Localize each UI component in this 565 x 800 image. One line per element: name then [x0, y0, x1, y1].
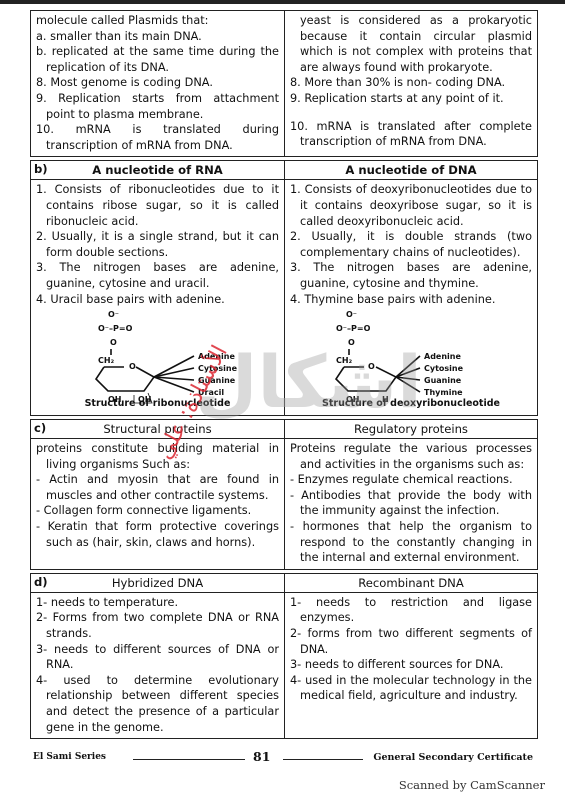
- text-line: a. smaller than its main DNA.: [36, 29, 279, 45]
- footer-rule: [283, 759, 363, 760]
- top-border: [0, 0, 565, 4]
- text-line: 4. Thymine base pairs with adenine.: [290, 292, 532, 308]
- text-line: - hormones that help the organism to res…: [290, 519, 532, 566]
- regulatory-proteins-column: Proteins regulate the various processes …: [284, 439, 537, 569]
- header-title: Recombinant DNA: [358, 576, 464, 590]
- text-line: - Enzymes regulate chemical reactions.: [290, 472, 532, 488]
- text-line: 8. Most genome is coding DNA.: [36, 75, 279, 91]
- series-name: El Sami Series: [33, 752, 106, 762]
- recombinant-dna-column: 1- needs to restriction and ligase enzym…: [284, 593, 537, 738]
- text-line: 10. mRNA is translated after complete tr…: [290, 119, 532, 150]
- table-header: b) A nucleotide of RNA A nucleotide of D…: [31, 161, 537, 180]
- base-label: Adenine: [198, 352, 235, 361]
- header-title: Structural proteins: [103, 422, 211, 436]
- footer-rule: [133, 759, 245, 760]
- text-line: 3. The nitrogen bases are adenine, guani…: [36, 260, 279, 291]
- text-line: 3- needs to different sources for DNA.: [290, 657, 532, 673]
- text-line: - Keratin that form protective coverings…: [36, 519, 279, 550]
- table-header: c) Structural proteins Regulatory protei…: [31, 420, 537, 439]
- section-tag: d): [34, 574, 48, 590]
- text-line: 2. Usually, it is a single strand, but i…: [36, 229, 279, 260]
- text-line: 1. Consists of ribonucleotides due to it…: [36, 182, 279, 229]
- o-bottom-label: O: [348, 338, 355, 347]
- page-footer: El Sami Series 81 General Secondary Cert…: [33, 752, 533, 768]
- section-tag: b): [34, 161, 48, 177]
- ribonucleotide-structure: O⁻ O⁻–P=O O CH₂ O OH OH Adenine Cytosine…: [36, 307, 279, 412]
- scanner-watermark: Scanned by CamScanner: [399, 778, 545, 792]
- o-minus-label: O⁻: [108, 310, 119, 319]
- structural-proteins-column: proteins constitute building material in…: [31, 439, 284, 569]
- text-line: - Antibodies that provide the body with …: [290, 488, 532, 519]
- text-line: molecule called Plasmids that:: [36, 13, 279, 29]
- text-line: 2- forms from two different segments of …: [290, 626, 532, 657]
- text-line: Proteins regulate the various processes …: [290, 441, 532, 472]
- phosphate-label: O⁻–P=O: [98, 324, 133, 333]
- comparison-table-plasmids: molecule called Plasmids that: a. smalle…: [30, 10, 538, 157]
- header-hybridized-dna: d) Hybridized DNA: [31, 574, 284, 592]
- header-recombinant-dna: Recombinant DNA: [284, 574, 537, 592]
- text-line: 8. More than 30% is non- coding DNA.: [290, 75, 532, 91]
- comparison-table-proteins: c) Structural proteins Regulatory protei…: [30, 419, 538, 570]
- text-line: 1. Consists of deoxyribonucleotides due …: [290, 182, 532, 229]
- o-minus-label: O⁻: [346, 310, 357, 319]
- section-tag: c): [34, 420, 46, 436]
- header-title: A nucleotide of RNA: [92, 163, 223, 177]
- page-content: molecule called Plasmids that: a. smalle…: [30, 10, 538, 742]
- text-line: 3. The nitrogen bases are adenine, guani…: [290, 260, 532, 291]
- text-line: 4. Uracil base pairs with adenine.: [36, 292, 279, 308]
- table-header: d) Hybridized DNA Recombinant DNA: [31, 574, 537, 593]
- text-line: - Actin and myosin that are found in mus…: [36, 472, 279, 503]
- base-label: Guanine: [424, 376, 462, 385]
- text-line: yeast is considered as a prokaryotic bec…: [290, 13, 532, 75]
- text-line: 3- needs to different sources of DNA or …: [36, 642, 279, 673]
- phosphate-label: O⁻–P=O: [336, 324, 371, 333]
- base-label: Cytosine: [198, 364, 238, 373]
- ch2-label: CH₂: [336, 356, 353, 365]
- hybridized-dna-column: 1- needs to temperature. 2- Forms from t…: [31, 593, 284, 738]
- header-rna: b) A nucleotide of RNA: [31, 161, 284, 179]
- header-title: A nucleotide of DNA: [345, 163, 476, 177]
- ring-o-label: O: [129, 362, 136, 371]
- rna-column: 1. Consists of ribonucleotides due to it…: [31, 180, 284, 415]
- structure-caption: Structure of deoxyribonucleotide: [290, 396, 532, 413]
- header-title: Regulatory proteins: [354, 422, 468, 436]
- plasmid-left-column: molecule called Plasmids that: a. smalle…: [31, 11, 284, 156]
- text-line: 10. mRNA is translated during transcript…: [36, 122, 279, 153]
- certificate-label: General Secondary Certificate: [373, 752, 533, 763]
- text-line: proteins constitute building material in…: [36, 441, 279, 472]
- base-label: Cytosine: [424, 364, 464, 373]
- deoxyribonucleotide-structure: O⁻ O⁻–P=O O CH₂ O OH H Adenine Cytosine …: [290, 307, 532, 412]
- text-line: 1- needs to temperature.: [36, 595, 279, 611]
- base-label: Guanine: [198, 376, 236, 385]
- comparison-table-nucleotides: b) A nucleotide of RNA A nucleotide of D…: [30, 160, 538, 416]
- text-line: 9. Replication starts at any point of it…: [290, 91, 532, 107]
- structure-caption: Structure of ribonucleotide: [36, 396, 279, 413]
- plasmid-right-column: yeast is considered as a prokaryotic bec…: [284, 11, 537, 156]
- header-dna: A nucleotide of DNA: [284, 161, 537, 179]
- text-line: 9. Replication starts from attachment po…: [36, 91, 279, 122]
- base-label: Adenine: [424, 352, 461, 361]
- o-bottom-label: O: [110, 338, 117, 347]
- header-structural-proteins: c) Structural proteins: [31, 420, 284, 438]
- dna-column: 1. Consists of deoxyribonucleotides due …: [284, 180, 537, 415]
- page-number: 81: [253, 749, 270, 764]
- text-line: b. replicated at the same time during th…: [36, 44, 279, 75]
- text-line: 1- needs to restriction and ligase enzym…: [290, 595, 532, 626]
- text-line: - Collagen form connective ligaments.: [36, 503, 279, 519]
- header-title: Hybridized DNA: [112, 576, 203, 590]
- text-line: 2- Forms from two complete DNA or RNA st…: [36, 610, 279, 641]
- text-line: 2. Usually, it is double strands (two co…: [290, 229, 532, 260]
- text-line: 4- used to determine evolutionary relati…: [36, 673, 279, 735]
- ring-o-label: O: [368, 362, 375, 371]
- header-regulatory-proteins: Regulatory proteins: [284, 420, 537, 438]
- text-line: 4- used in the molecular technology in t…: [290, 673, 532, 704]
- ch2-label: CH₂: [98, 356, 115, 365]
- comparison-table-dna-types: d) Hybridized DNA Recombinant DNA 1- nee…: [30, 573, 538, 739]
